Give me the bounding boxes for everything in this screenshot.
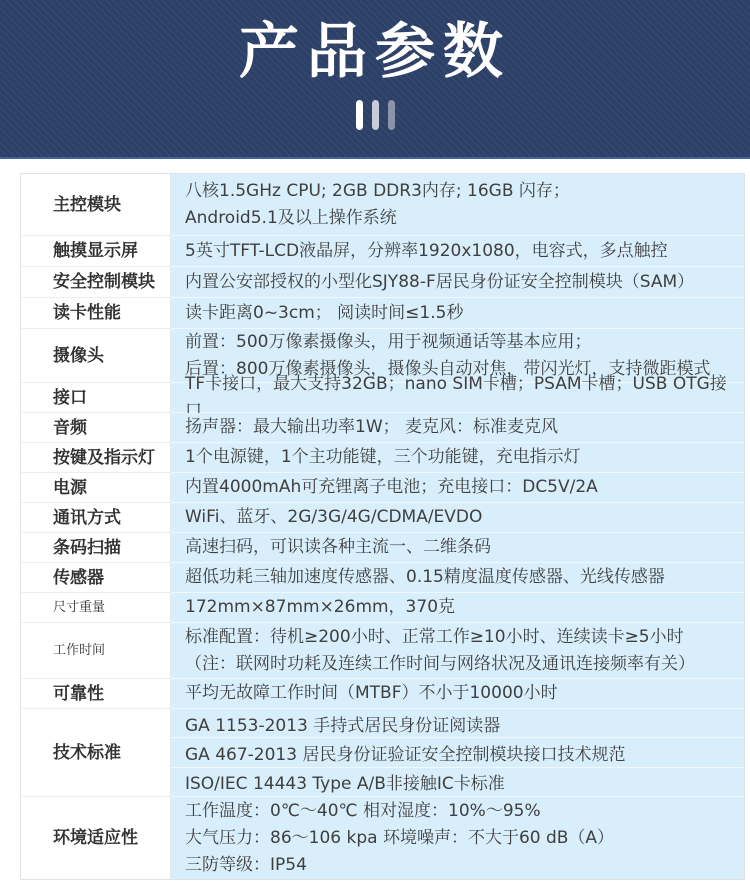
value-line: 读卡距离0~3cm； 阅读时间≤1.5秒 bbox=[185, 300, 738, 327]
value-sub-row: ISO/IEC 14443 Type A/B非接触IC卡标准 bbox=[171, 768, 744, 796]
value-sub-row: GA 467-2013 居民身份证验证安全控制模块接口技术规范 bbox=[171, 738, 744, 767]
spec-row-sensors: 传感器 超低功耗三轴加速度传感器、0.15精度温度传感器、光线传感器 bbox=[21, 563, 744, 593]
row-label: 技术标准 bbox=[21, 709, 171, 797]
row-value: 超低功耗三轴加速度传感器、0.15精度温度传感器、光线传感器 bbox=[171, 563, 744, 593]
spec-row-buttons-indicators: 按键及指示灯 1个电源键，1个主功能键，三个功能键，充电指示灯 bbox=[21, 443, 744, 473]
value-line: 高速扫码，可识读各种主流一、二维条码 bbox=[185, 534, 738, 561]
value-line: 内置公安部授权的小型化SJY88-F居民身份证安全控制模块（SAM） bbox=[185, 269, 738, 296]
row-value: GA 1153-2013 手持式居民身份证阅读器 GA 467-2013 居民身… bbox=[171, 709, 744, 797]
row-value: 内置公安部授权的小型化SJY88-F居民身份证安全控制模块（SAM） bbox=[171, 267, 744, 298]
spec-row-barcode: 条码扫描 高速扫码，可识读各种主流一、二维条码 bbox=[21, 533, 744, 563]
page-banner: 产品参数 bbox=[0, 0, 750, 159]
spec-row-communication: 通讯方式 WiFi、蓝牙、2G/3G/4G/CDMA/EVDO bbox=[21, 503, 744, 533]
value-line: 标准配置：待机≥200小时、正常工作≥10小时、连续读卡≥5小时 bbox=[185, 624, 738, 651]
decoration-bar-icon bbox=[356, 100, 363, 130]
decoration-bar-icon bbox=[388, 100, 395, 130]
value-line: 扬声器：最大输出功率1W； 麦克风：标准麦克风 bbox=[185, 414, 738, 441]
row-label: 可靠性 bbox=[21, 679, 171, 709]
row-label: 主控模块 bbox=[21, 174, 171, 236]
spec-row-environment: 环境适应性 工作温度：0℃～40℃ 相对湿度：10%～95% 大气压力：86～1… bbox=[21, 797, 744, 879]
row-value: 平均无故障工作时间（MTBF）不小于10000小时 bbox=[171, 679, 744, 709]
spec-row-ports: 接口 TF卡接口，最大支持32GB；nano SIM卡槽；PSAM卡槽；USB … bbox=[21, 383, 744, 413]
spec-table: 主控模块 八核1.5GHz CPU; 2GB DDR3内存; 16GB 闪存； … bbox=[20, 173, 745, 880]
spec-row-working-time: 工作时间 标准配置：待机≥200小时、正常工作≥10小时、连续读卡≥5小时 （注… bbox=[21, 623, 744, 679]
row-label: 条码扫描 bbox=[21, 533, 171, 563]
row-value: WiFi、蓝牙、2G/3G/4G/CDMA/EVDO bbox=[171, 503, 744, 533]
row-label: 读卡性能 bbox=[21, 298, 171, 329]
decoration-bar-icon bbox=[372, 100, 379, 130]
row-value: 扬声器：最大输出功率1W； 麦克风：标准麦克风 bbox=[171, 413, 744, 443]
spec-row-technical-standards: 技术标准 GA 1153-2013 手持式居民身份证阅读器 GA 467-201… bbox=[21, 709, 744, 797]
spec-row-size-weight: 尺寸重量 172mm×87mm×26mm，370克 bbox=[21, 593, 744, 623]
row-label: 电源 bbox=[21, 473, 171, 503]
value-line: 大气压力：86～106 kpa 环境噪声：不大于60 dB（A） bbox=[185, 825, 738, 852]
row-label: 工作时间 bbox=[21, 623, 171, 679]
row-label: 安全控制模块 bbox=[21, 267, 171, 298]
value-line: 工作温度：0℃～40℃ 相对湿度：10%～95% bbox=[185, 798, 738, 825]
spec-row-security-module: 安全控制模块 内置公安部授权的小型化SJY88-F居民身份证安全控制模块（SAM… bbox=[21, 267, 744, 298]
value-line: 三防等级：IP54 bbox=[185, 852, 738, 879]
row-label: 传感器 bbox=[21, 563, 171, 593]
row-label: 按键及指示灯 bbox=[21, 443, 171, 473]
value-line: 八核1.5GHz CPU; 2GB DDR3内存; 16GB 闪存； bbox=[185, 178, 738, 205]
value-sub-row: GA 1153-2013 手持式居民身份证阅读器 bbox=[171, 709, 744, 738]
row-value: 5英寸TFT-LCD液晶屏，分辨率1920x1080，电容式，多点触控 bbox=[171, 236, 744, 267]
spec-row-audio: 音频 扬声器：最大输出功率1W； 麦克风：标准麦克风 bbox=[21, 413, 744, 443]
value-line: 5英寸TFT-LCD液晶屏，分辨率1920x1080，电容式，多点触控 bbox=[185, 238, 738, 265]
page-title: 产品参数 bbox=[0, 0, 750, 88]
value-line: WiFi、蓝牙、2G/3G/4G/CDMA/EVDO bbox=[185, 504, 738, 531]
value-line: 前置：500万像素摄像头，用于视频通话等基本应用； bbox=[185, 329, 738, 356]
row-label: 通讯方式 bbox=[21, 503, 171, 533]
value-line: 内置4000mAh可充锂离子电池；充电接口：DC5V/2A bbox=[185, 474, 738, 501]
spec-row-card-reading: 读卡性能 读卡距离0~3cm； 阅读时间≤1.5秒 bbox=[21, 298, 744, 329]
row-label: 尺寸重量 bbox=[21, 593, 171, 623]
spec-row-power: 电源 内置4000mAh可充锂离子电池；充电接口：DC5V/2A bbox=[21, 473, 744, 503]
value-line: 172mm×87mm×26mm，370克 bbox=[185, 594, 738, 621]
row-value: 八核1.5GHz CPU; 2GB DDR3内存; 16GB 闪存； Andro… bbox=[171, 174, 744, 236]
spec-row-main-control: 主控模块 八核1.5GHz CPU; 2GB DDR3内存; 16GB 闪存； … bbox=[21, 174, 744, 236]
row-value: 读卡距离0~3cm； 阅读时间≤1.5秒 bbox=[171, 298, 744, 329]
title-decoration-bars bbox=[0, 100, 750, 130]
row-value: 工作温度：0℃～40℃ 相对湿度：10%～95% 大气压力：86～106 kpa… bbox=[171, 797, 744, 879]
row-label: 环境适应性 bbox=[21, 797, 171, 879]
row-value: 高速扫码，可识读各种主流一、二维条码 bbox=[171, 533, 744, 563]
value-line: （注：联网时功耗及连续工作时间与网络状况及通讯连接频率有关） bbox=[185, 651, 738, 678]
value-line: 超低功耗三轴加速度传感器、0.15精度温度传感器、光线传感器 bbox=[185, 564, 738, 591]
spec-row-reliability: 可靠性 平均无故障工作时间（MTBF）不小于10000小时 bbox=[21, 679, 744, 709]
row-value: 内置4000mAh可充锂离子电池；充电接口：DC5V/2A bbox=[171, 473, 744, 503]
row-value: 1个电源键，1个主功能键，三个功能键，充电指示灯 bbox=[171, 443, 744, 473]
spec-row-display: 触摸显示屏 5英寸TFT-LCD液晶屏，分辨率1920x1080，电容式，多点触… bbox=[21, 236, 744, 267]
value-line: 平均无故障工作时间（MTBF）不小于10000小时 bbox=[185, 680, 738, 707]
row-label: 音频 bbox=[21, 413, 171, 443]
value-line: 1个电源键，1个主功能键，三个功能键，充电指示灯 bbox=[185, 444, 738, 471]
row-label: 触摸显示屏 bbox=[21, 236, 171, 267]
row-label: 接口 bbox=[21, 383, 171, 413]
row-value: 172mm×87mm×26mm，370克 bbox=[171, 593, 744, 623]
row-value: TF卡接口，最大支持32GB；nano SIM卡槽；PSAM卡槽；USB OTG… bbox=[171, 383, 744, 413]
value-line: Android5.1及以上操作系统 bbox=[185, 205, 738, 232]
row-value: 标准配置：待机≥200小时、正常工作≥10小时、连续读卡≥5小时 （注：联网时功… bbox=[171, 623, 744, 679]
row-label: 摄像头 bbox=[21, 329, 171, 383]
